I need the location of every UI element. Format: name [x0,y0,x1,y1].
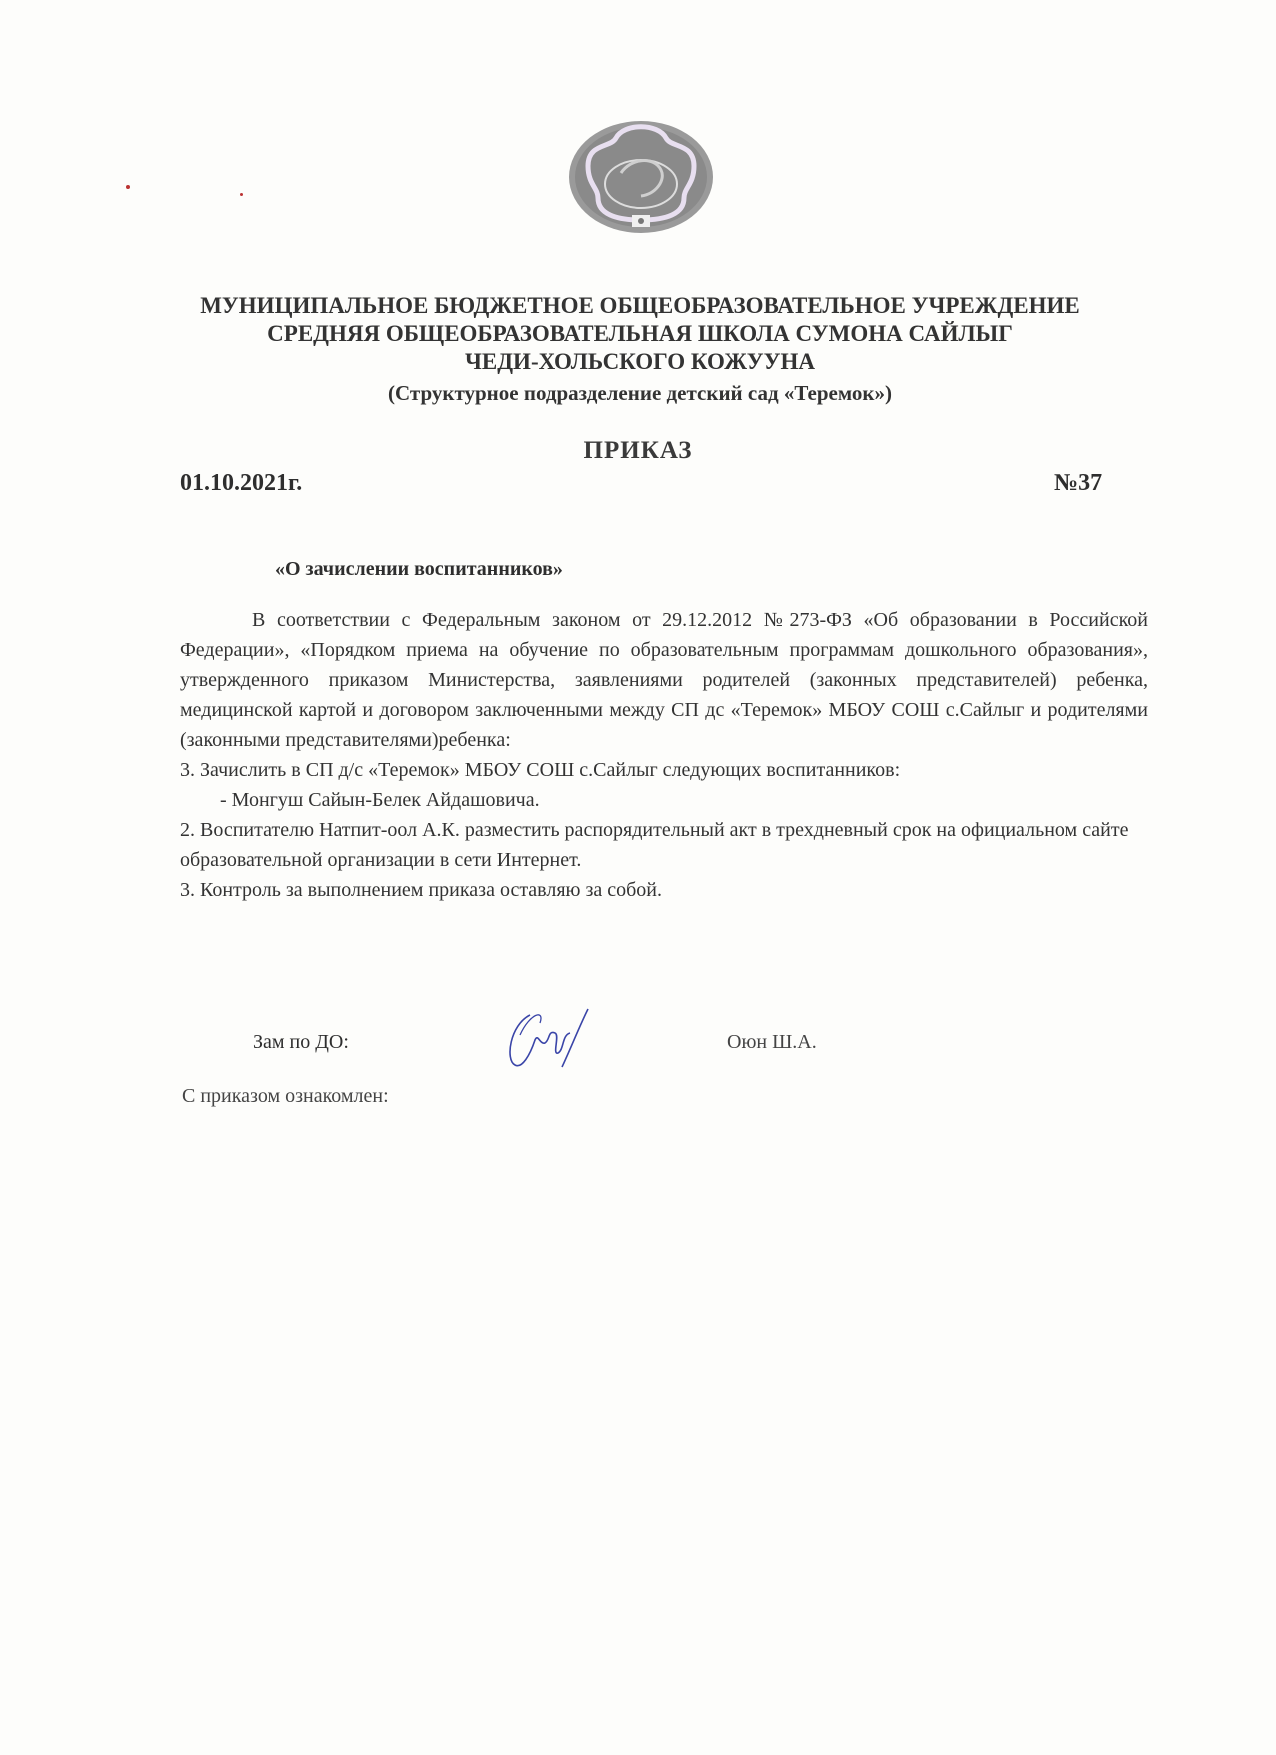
order-item-enroll: 3. Зачислить в СП д/с «Теремок» МБОУ СОШ… [180,755,1148,785]
scan-speck [240,193,243,196]
scan-speck [126,185,130,189]
institution-subdivision: (Структурное подразделение детский сад «… [150,380,1130,407]
document-number: №37 [1054,470,1102,497]
institution-name-line-1: МУНИЦИПАЛЬНОЕ БЮДЖЕТНОЕ ОБЩЕОБРАЗОВАТЕЛЬ… [150,292,1130,319]
handwritten-signature-icon [500,1005,595,1075]
order-item-control: 3. Контроль за выполнением приказа остав… [180,875,1148,905]
school-emblem-icon [566,118,716,236]
document-title: ПРИКАЗ [0,437,1276,465]
document-date: 01.10.2021г. [180,470,302,497]
acknowledgement-line: С приказом ознакомлен: [182,1085,389,1108]
document-body: В соответствии с Федеральным законом от … [180,605,1148,905]
preamble-paragraph: В соответствии с Федеральным законом от … [180,605,1148,755]
order-item-publish: 2. Воспитателю Натпит-оол А.К. разместит… [180,815,1148,875]
signatory-name: Оюн Ш.А. [727,1031,817,1054]
institution-name-line-3: ЧЕДИ-ХОЛЬСКОГО КОЖУУНА [150,348,1130,375]
enrolled-child-name: - Монгуш Сайын-Белек Айдашовича. [180,785,1148,815]
institution-name-line-2: СРЕДНЯЯ ОБЩЕОБРАЗОВАТЕЛЬНАЯ ШКОЛА СУМОНА… [150,320,1130,347]
signatory-position: Зам по ДО: [253,1031,349,1054]
document-subject: «О зачислении воспитанников» [275,558,563,581]
